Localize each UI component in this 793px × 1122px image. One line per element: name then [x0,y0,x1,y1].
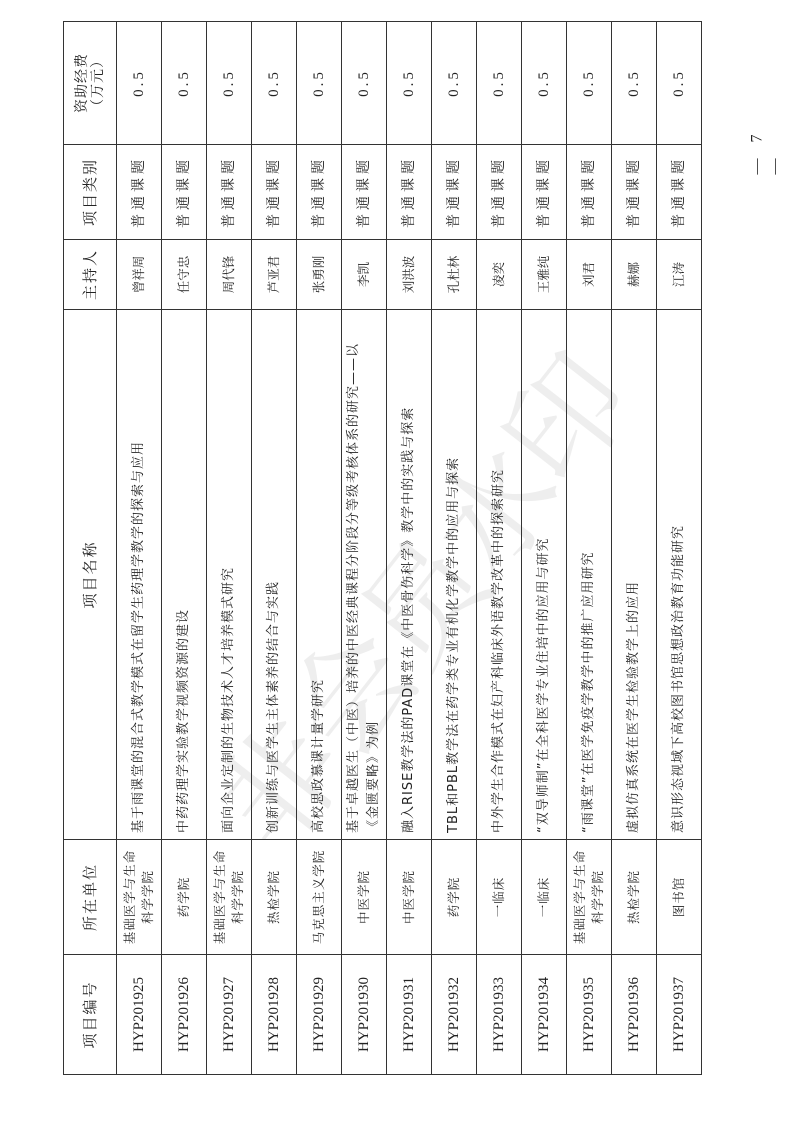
cell-name: 面向企业定制的生物技术人才培养模式研究 [207,310,252,840]
cell-id: HYP201936 [612,955,657,1075]
cell-host: 曾祥周 [117,240,162,310]
table-row: HYP201933一临床中外学生合作模式在妇产科临床外语教学改革中的探索研究凌奕… [477,22,522,1075]
cell-name: 创新训练与医学生主体素养的结合与实践 [252,310,297,840]
cell-category: 普通课题 [207,145,252,240]
cell-id: HYP201929 [297,955,342,1075]
cell-funding: 0.5 [612,22,657,145]
cell-category: 普通课题 [657,145,702,240]
cell-name: 意识形态视域下高校图书馆思想政治教育功能研究 [657,310,702,840]
cell-name: 中药药理学实验教学视频资源的建设 [162,310,207,840]
cell-unit: 基础医学与生命科学学院 [207,840,252,955]
cell-unit: 一临床 [477,840,522,955]
table-row: HYP201937图书馆意识形态视域下高校图书馆思想政治教育功能研究江涛普通课题… [657,22,702,1075]
cell-name: 基于雨课堂的混合式教学模式在留学生药理学教学的探索与应用 [117,310,162,840]
cell-id: HYP201930 [342,955,387,1075]
cell-id: HYP201928 [252,955,297,1075]
header-category: 项目类别 [64,145,117,240]
cell-category: 普通课题 [612,145,657,240]
cell-host: 王雅纯 [522,240,567,310]
cell-host: 凌奕 [477,240,522,310]
cell-unit: 热检学院 [252,840,297,955]
cell-funding: 0.5 [522,22,567,145]
cell-host: 赫娜 [612,240,657,310]
cell-category: 普通课题 [342,145,387,240]
table-row: HYP201927基础医学与生命科学学院面向企业定制的生物技术人才培养模式研究周… [207,22,252,1075]
cell-name: 基于卓越医生（中医）培养的中医经典课程分阶段分等级考核体系的研究——以《金匮要略… [342,310,387,840]
cell-unit: 药学院 [162,840,207,955]
cell-unit: 基础医学与生命科学学院 [117,840,162,955]
cell-funding: 0.5 [117,22,162,145]
cell-funding: 0.5 [297,22,342,145]
cell-unit: 中医学院 [342,840,387,955]
cell-funding: 0.5 [252,22,297,145]
cell-category: 普通课题 [567,145,612,240]
cell-name: 中外学生合作模式在妇产科临床外语教学改革中的探索研究 [477,310,522,840]
table-row: HYP201925基础医学与生命科学学院基于雨课堂的混合式教学模式在留学生药理学… [117,22,162,1075]
cell-funding: 0.5 [387,22,432,145]
table-row: HYP201931中医学院融入RISE教学法的PAD课堂在《中医骨伤科学》教学中… [387,22,432,1075]
header-id: 项目编号 [64,955,117,1075]
cell-name: 融入RISE教学法的PAD课堂在《中医骨伤科学》教学中的实践与探索 [387,310,432,840]
cell-funding: 0.5 [207,22,252,145]
cell-id: HYP201926 [162,955,207,1075]
cell-host: 芦亚君 [252,240,297,310]
project-table: 项目编号 所在单位 项目名称 主持人 项目类别 资助经费 （万元） HYP201… [63,21,702,1075]
rotated-page: 项目编号 所在单位 项目名称 主持人 项目类别 资助经费 （万元） HYP201… [63,22,705,1075]
cell-category: 普通课题 [477,145,522,240]
cell-id: HYP201925 [117,955,162,1075]
cell-category: 普通课题 [297,145,342,240]
cell-funding: 0.5 [342,22,387,145]
cell-id: HYP201934 [522,955,567,1075]
cell-host: 江涛 [657,240,702,310]
page-number: — 7 — [749,122,785,175]
table-row: HYP201936热检学院虚拟仿真系统在医学生检验教学上的应用赫娜普通课题0.5 [612,22,657,1075]
table-row: HYP201934一临床“双导师制”在全科医学专业住培中的应用与研究王雅纯普通课… [522,22,567,1075]
cell-unit: 热检学院 [612,840,657,955]
cell-category: 普通课题 [432,145,477,240]
cell-id: HYP201932 [432,955,477,1075]
cell-unit: 马克思主义学院 [297,840,342,955]
table-header-row: 项目编号 所在单位 项目名称 主持人 项目类别 资助经费 （万元） [64,22,117,1075]
table-row: HYP201932药学院TBL和PBL教学法在药学类专业有机化学教学中的应用与探… [432,22,477,1075]
table-row: HYP201928热检学院创新训练与医学生主体素养的结合与实践芦亚君普通课题0.… [252,22,297,1075]
cell-unit: 一临床 [522,840,567,955]
cell-name: 虚拟仿真系统在医学生检验教学上的应用 [612,310,657,840]
cell-unit: 药学院 [432,840,477,955]
cell-unit: 中医学院 [387,840,432,955]
cell-category: 普通课题 [522,145,567,240]
cell-host: 刘洪波 [387,240,432,310]
cell-host: 孔杜林 [432,240,477,310]
table-row: HYP201926药学院中药药理学实验教学视频资源的建设任守忠普通课题0.5 [162,22,207,1075]
cell-category: 普通课题 [117,145,162,240]
header-funding-line1: 资助经费 [74,28,90,138]
cell-host: 任守忠 [162,240,207,310]
cell-id: HYP201933 [477,955,522,1075]
cell-unit: 图书馆 [657,840,702,955]
cell-host: 李凯 [342,240,387,310]
cell-name: “双导师制”在全科医学专业住培中的应用与研究 [522,310,567,840]
cell-category: 普通课题 [252,145,297,240]
cell-category: 普通课题 [387,145,432,240]
cell-funding: 0.5 [432,22,477,145]
cell-host: 刘君 [567,240,612,310]
table-row: HYP201929马克思主义学院高校思政慕课计量学研究张勇刚普通课题0.5 [297,22,342,1075]
table-row: HYP201930中医学院基于卓越医生（中医）培养的中医经典课程分阶段分等级考核… [342,22,387,1075]
cell-name: “雨课堂”在医学免疫学教学中的推广应用研究 [567,310,612,840]
header-funding: 资助经费 （万元） [64,22,117,145]
cell-funding: 0.5 [477,22,522,145]
cell-host: 周代锋 [207,240,252,310]
cell-host: 张勇刚 [297,240,342,310]
header-name: 项目名称 [64,310,117,840]
cell-funding: 0.5 [162,22,207,145]
cell-id: HYP201931 [387,955,432,1075]
header-host: 主持人 [64,240,117,310]
header-funding-line2: （万元） [90,28,106,138]
cell-id: HYP201937 [657,955,702,1075]
cell-id: HYP201935 [567,955,612,1075]
header-unit: 所在单位 [64,840,117,955]
cell-name: TBL和PBL教学法在药学类专业有机化学教学中的应用与探索 [432,310,477,840]
cell-funding: 0.5 [567,22,612,145]
cell-name: 高校思政慕课计量学研究 [297,310,342,840]
cell-category: 普通课题 [162,145,207,240]
cell-unit: 基础医学与生命科学学院 [567,840,612,955]
table-row: HYP201935基础医学与生命科学学院“雨课堂”在医学免疫学教学中的推广应用研… [567,22,612,1075]
cell-funding: 0.5 [657,22,702,145]
cell-id: HYP201927 [207,955,252,1075]
